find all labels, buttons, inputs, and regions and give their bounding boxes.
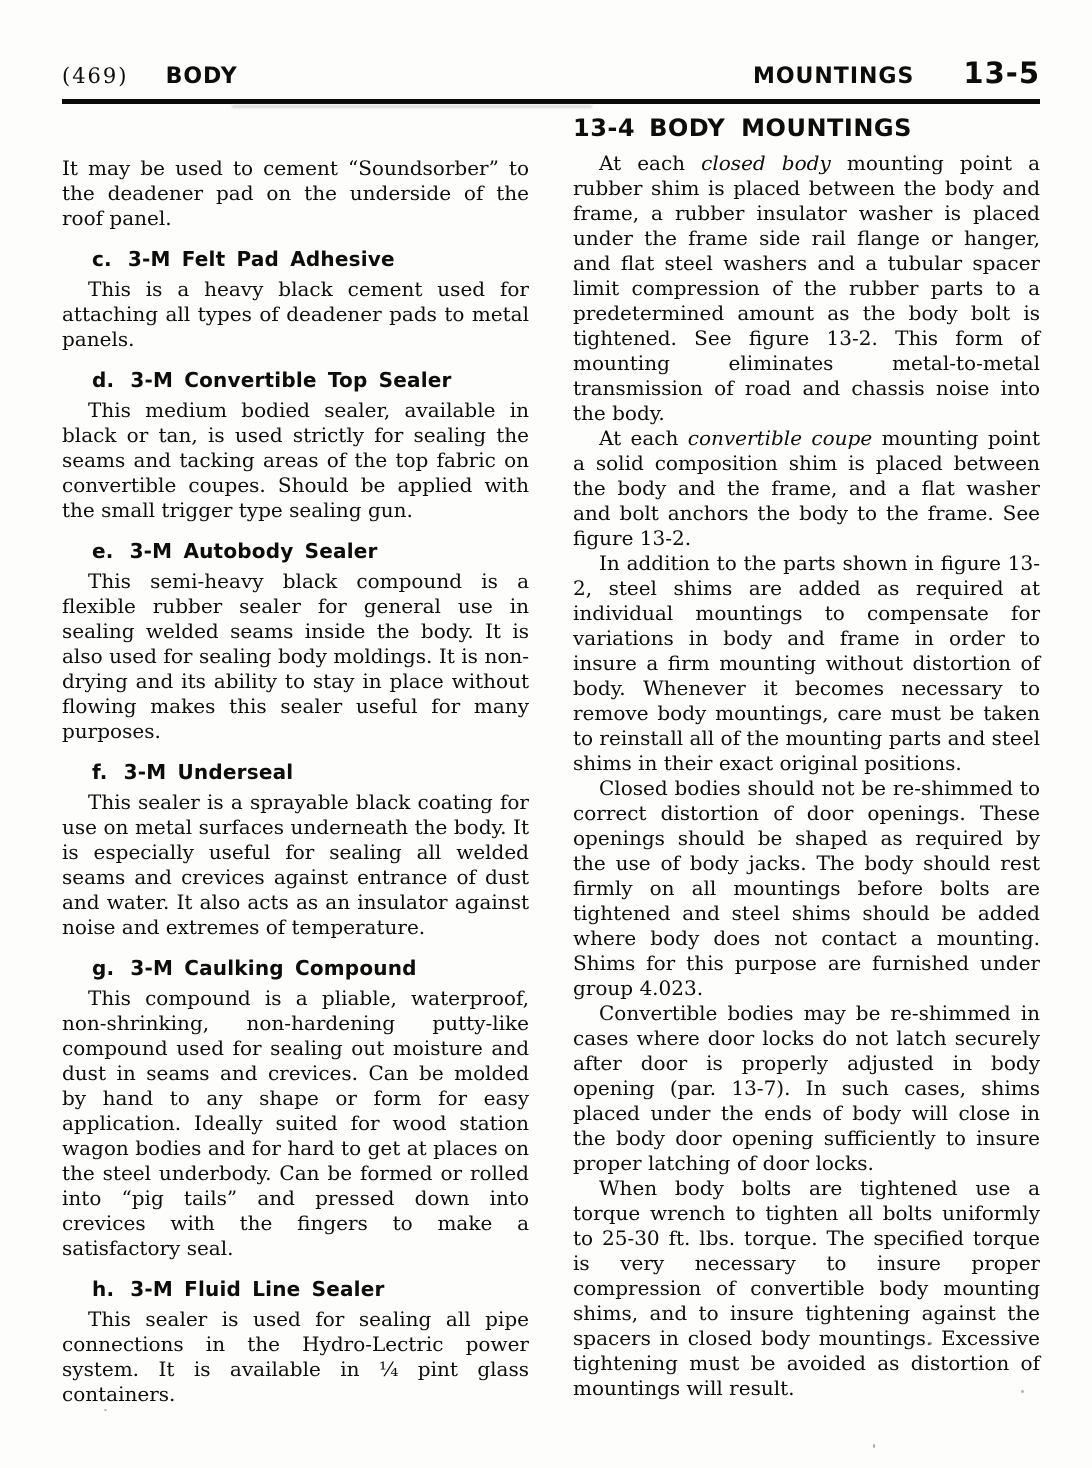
section-title: 3-M Fluid Line Sealer (130, 1277, 384, 1301)
body-paragraph: At each closed body mounting point a rub… (573, 151, 1040, 426)
section-heading-f: f.3-M Underseal (92, 760, 529, 785)
two-column-body: It may be used to cement “Soundsorber” t… (62, 116, 1040, 1407)
section-title: BODY MOUNTINGS (649, 114, 912, 142)
body-paragraph: When body bolts are tightened use a torq… (573, 1176, 1040, 1401)
manual-page: (469) BODY MOUNTINGS 13-5 It may be used… (0, 0, 1092, 1468)
section-label: e. (92, 539, 114, 563)
section-number: 13-4 (573, 114, 635, 142)
paragraph-text: In addition to the parts shown in figure… (573, 551, 1040, 775)
body-paragraph: At each convertible coupe mounting point… (573, 426, 1040, 551)
section-heading-d: d.3-M Convertible Top Sealer (92, 368, 529, 393)
section-body-f: This sealer is a sprayable black coating… (62, 790, 529, 940)
section-body-e: This semi-heavy black compound is a flex… (62, 569, 529, 744)
section-heading-g: g.3-M Caulking Compound (92, 956, 529, 981)
section-heading-e: e.3-M Autobody Sealer (92, 539, 529, 564)
scan-speck (1021, 1390, 1024, 1393)
italic-phrase: closed body (701, 151, 831, 175)
section-title: 3-M Autobody Sealer (130, 539, 378, 563)
header-section-right: MOUNTINGS (753, 64, 914, 89)
paragraph-text: mounting point a rubber shim is placed b… (573, 151, 1040, 425)
scan-speck (662, 1310, 665, 1313)
paragraph-text: Closed bodies should not be re-shimmed t… (573, 776, 1040, 1000)
scan-speck (104, 1409, 107, 1411)
section-body-g: This compound is a pliable, waterproof, … (62, 986, 529, 1261)
section-title: 3-M Underseal (124, 760, 294, 784)
right-column: 13-4BODY MOUNTINGS At each closed body m… (573, 116, 1040, 1407)
page-header: (469) BODY MOUNTINGS 13-5 (62, 56, 1040, 104)
section-title: 3-M Caulking Compound (130, 956, 416, 980)
section-label: f. (92, 760, 108, 784)
section-label: g. (92, 956, 114, 980)
scan-speck (873, 1444, 875, 1448)
section-heading-13-4: 13-4BODY MOUNTINGS (573, 116, 1040, 141)
section-label: c. (92, 247, 112, 271)
page-number-right: 13-5 (963, 56, 1040, 90)
left-column: It may be used to cement “Soundsorber” t… (62, 116, 529, 1407)
paragraph-text: At each (599, 151, 701, 175)
scan-speck (928, 1342, 932, 1345)
body-paragraph: In addition to the parts shown in figure… (573, 551, 1040, 776)
page-number-left: (469) (62, 64, 128, 88)
paragraph-text: At each (599, 426, 688, 450)
section-label: d. (92, 368, 114, 392)
section-heading-h: h.3-M Fluid Line Sealer (92, 1277, 529, 1302)
paragraph-text: Convertible bodies may be re-shimmed in … (573, 1001, 1040, 1175)
section-body-h: This sealer is used for sealing all pipe… (62, 1307, 529, 1407)
italic-phrase: convertible coupe (688, 426, 872, 450)
header-section-left: BODY (166, 64, 238, 89)
body-paragraph: Closed bodies should not be re-shimmed t… (573, 776, 1040, 1001)
section-heading-c: c.3-M Felt Pad Adhesive (92, 247, 529, 272)
section-body-d: This medium bodied sealer, available in … (62, 398, 529, 523)
intro-paragraph: It may be used to cement “Soundsorber” t… (62, 156, 529, 231)
section-label: h. (92, 1277, 114, 1301)
header-left: (469) BODY (62, 64, 238, 89)
paragraph-text: When body bolts are tightened use a torq… (573, 1176, 1040, 1400)
section-body-c: This is a heavy black cement used for at… (62, 277, 529, 352)
section-title: 3-M Convertible Top Sealer (130, 368, 451, 392)
section-title: 3-M Felt Pad Adhesive (128, 247, 395, 271)
header-right: MOUNTINGS 13-5 (753, 56, 1040, 90)
body-paragraph: Convertible bodies may be re-shimmed in … (573, 1001, 1040, 1176)
